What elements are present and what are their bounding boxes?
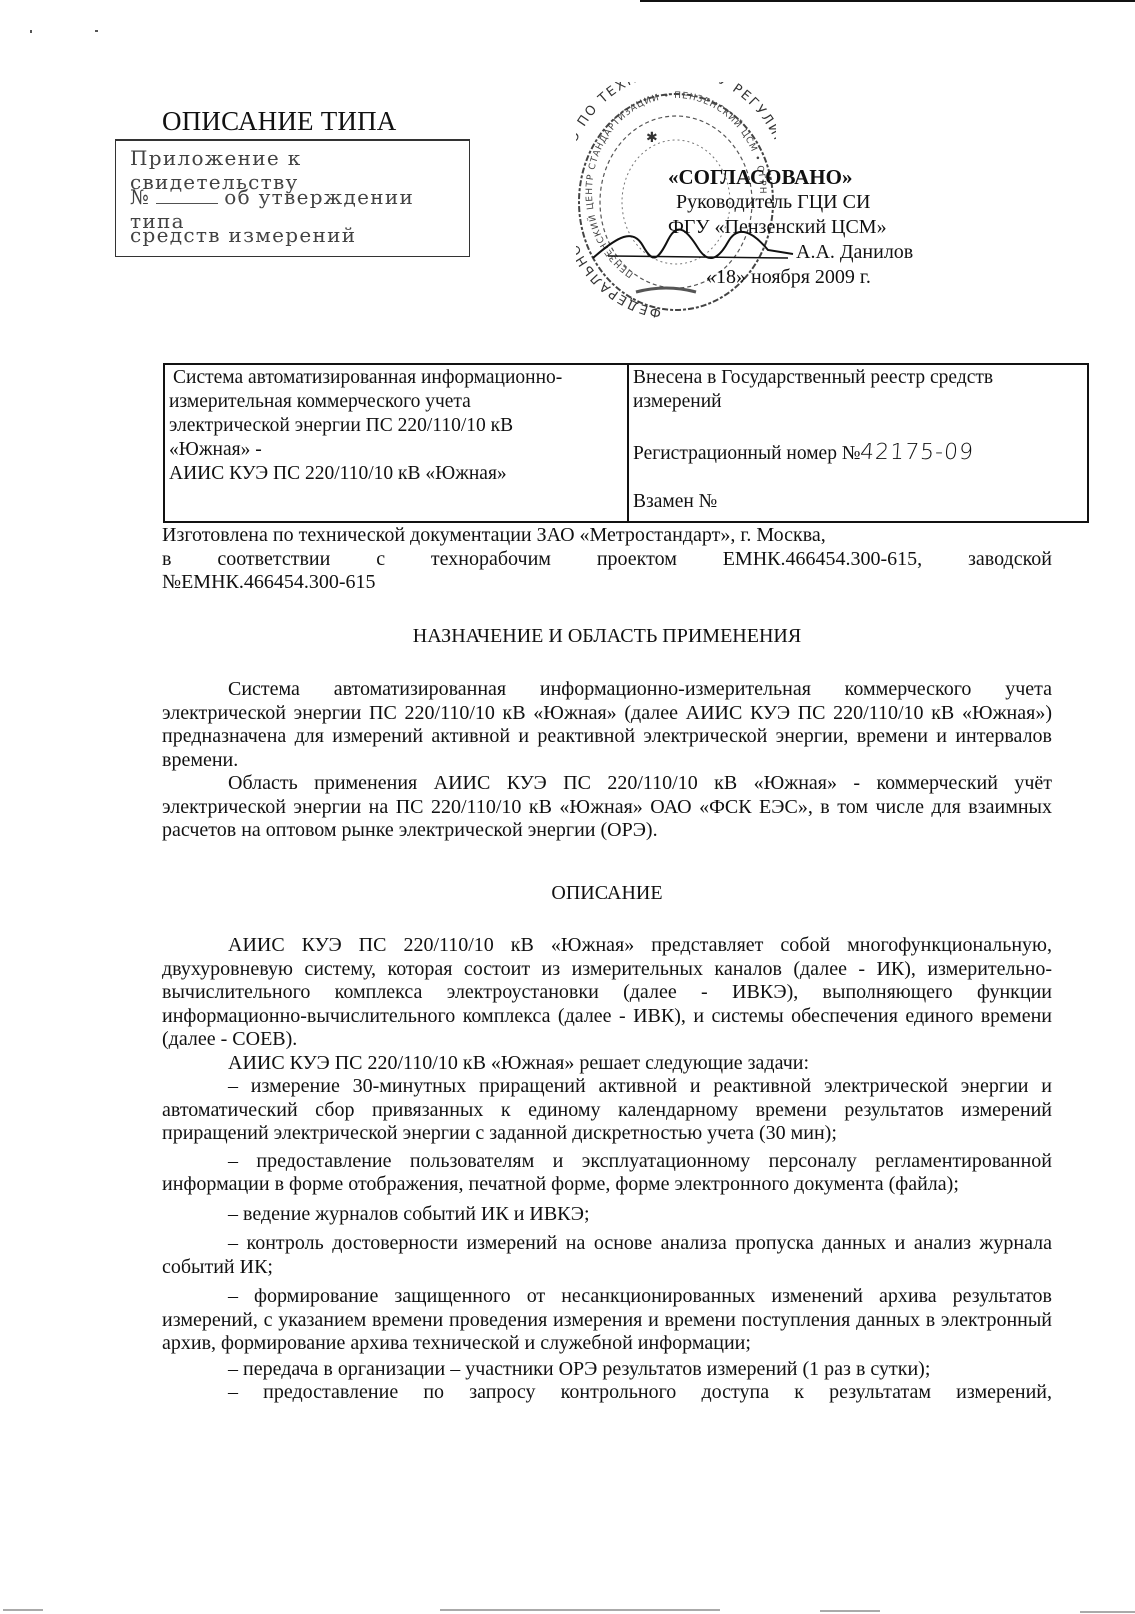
doc-type-title: ОПИСАНИЕ ТИПА: [162, 106, 397, 137]
registration-number-row: Регистрационный номер №42175-09: [633, 441, 1083, 466]
approved-label: «СОГЛАСОВАНО»: [668, 165, 913, 190]
registry-line-1: Внесена в Государственный реестр средств: [633, 366, 1083, 390]
description-section-body: АИИС КУЭ ПС 220/110/10 кВ «Южная» предст…: [162, 934, 1052, 1405]
instrument-name-cell: Система автоматизированная информационно…: [165, 365, 629, 521]
appendix-line-3: средств измерений: [130, 223, 356, 247]
registry-line-2: измерений: [633, 390, 1083, 414]
task-item: – измерение 30-минутных приращений актив…: [162, 1075, 1052, 1146]
manufacturing-line-3: №ЕМНК.466454.300-615: [162, 571, 1052, 595]
section-title-description: ОПИСАНИЕ: [162, 882, 1052, 905]
scan-noise: [820, 1610, 880, 1612]
instrument-name-line: «Южная» -: [169, 438, 623, 462]
task-item: – контроль достоверности измерений на ос…: [162, 1232, 1052, 1279]
replaces-label: Взамен №: [633, 490, 1083, 514]
task-item: – предоставление пользователям и эксплуа…: [162, 1150, 1052, 1197]
instrument-name-line: электрической энергии ПС 220/110/10 кВ: [169, 414, 623, 438]
manufacturing-line-2: в соответствии с технорабочим проектом Е…: [162, 548, 1052, 572]
description-paragraph: АИИС КУЭ ПС 220/110/10 кВ «Южная» предст…: [162, 934, 1052, 1052]
purpose-paragraph: Система автоматизированная информационно…: [162, 678, 1052, 772]
registration-number-value: 42175-09: [860, 441, 976, 465]
scan-speck: [95, 30, 98, 32]
task-item: – предоставление по запросу контрольного…: [162, 1381, 1052, 1405]
approver-signature-line: А.А. Данилов: [668, 240, 913, 265]
svg-text:✱: ✱: [646, 130, 658, 146]
scan-edge-rule: [640, 0, 1135, 2]
certificate-number-blank: [156, 203, 218, 204]
scan-noise: [1080, 1611, 1135, 1613]
purpose-section-body: Система автоматизированная информационно…: [162, 678, 1052, 843]
task-item: – передача в организации – участники ОРЭ…: [162, 1358, 1052, 1382]
appendix-stamp-box: Приложение к свидетельству №об утвержден…: [115, 139, 470, 257]
instrument-name-line: Система автоматизированная информационно…: [169, 366, 623, 390]
task-item: – формирование защищенного от несанкцион…: [162, 1285, 1052, 1356]
approver-position: Руководитель ГЦИ СИ: [668, 190, 913, 215]
scan-speck: [30, 30, 32, 33]
tasks-intro: АИИС КУЭ ПС 220/110/10 кВ «Южная» решает…: [162, 1052, 1052, 1076]
manufacturing-line-1: Изготовлена по технической документации …: [162, 524, 1052, 548]
section-title-purpose: НАЗНАЧЕНИЕ И ОБЛАСТЬ ПРИМЕНЕНИЯ: [162, 625, 1052, 648]
instrument-name-line: АИИС КУЭ ПС 220/110/10 кВ «Южная»: [169, 462, 623, 486]
approval-block: «СОГЛАСОВАНО» Руководитель ГЦИ СИ ФГУ «П…: [668, 165, 913, 290]
registry-info-cell: Внесена в Государственный реестр средств…: [629, 365, 1087, 521]
instrument-name-line: измерительная коммерческого учета: [169, 390, 623, 414]
approver-name: А.А. Данилов: [796, 241, 913, 263]
scan-noise: [440, 1609, 720, 1611]
registry-table: Система автоматизированная информационно…: [163, 363, 1089, 523]
manufacturing-info: Изготовлена по технической документации …: [162, 524, 1052, 595]
scan-noise: [3, 1609, 43, 1611]
registration-number-label: Регистрационный номер №: [633, 443, 860, 464]
task-item: – ведение журналов событий ИК и ИВКЭ;: [162, 1203, 1052, 1227]
scope-paragraph: Область применения АИИС КУЭ ПС 220/110/1…: [162, 772, 1052, 843]
appendix-number-prefix: №: [130, 185, 150, 209]
approval-date: «18» ноября 2009 г.: [668, 265, 913, 290]
handwritten-signature-icon: [588, 226, 798, 266]
